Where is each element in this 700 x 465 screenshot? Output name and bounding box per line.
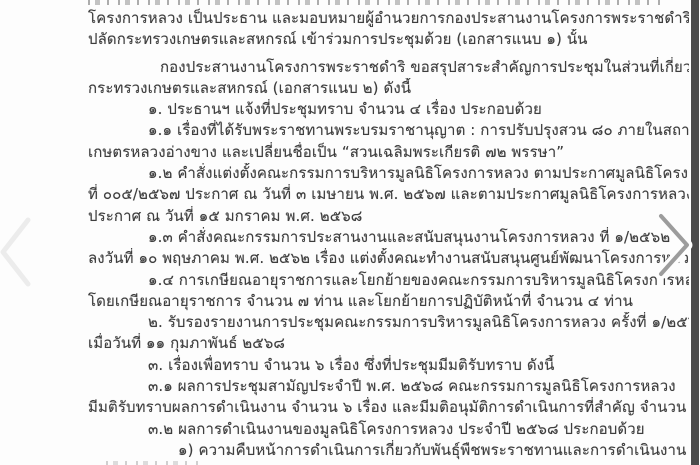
- document-line: ลงวันที่ ๑๐ พฤษภาคม พ.ศ. ๒๕๖๒ เรื่อง แต่…: [88, 248, 689, 269]
- document-line: ๑. ประธานฯ แจ้งที่ประชุมทราบ จำนวน ๔ เรื…: [88, 99, 689, 120]
- document-text-block: โครงการหลวง เป็นประธาน และมอบหมายผู้อำนว…: [88, 8, 689, 461]
- clipped-text-remnant-bottom: [106, 461, 201, 465]
- chevron-left-icon: [3, 220, 28, 284]
- document-line: ๓.๒ ผลการดำเนินงานของมูลนิธิโครงการหลวง …: [88, 419, 689, 440]
- document-line: ๑) ความคืบหน้าการดำเนินการเกี่ยวกับพันธุ…: [88, 440, 689, 461]
- next-page-button[interactable]: [652, 210, 698, 280]
- document-line: กองประสานงานโครงการพระราชดำริ ขอสรุปสาระ…: [88, 57, 689, 78]
- document-line: โดยเกษียณอายุราชการ จำนวน ๗ ท่าน และโยกย…: [88, 291, 689, 312]
- document-line: โครงการหลวง เป็นประธาน และมอบหมายผู้อำนว…: [88, 8, 689, 29]
- document-line: ๓. เรื่องเพื่อทราบ จำนวน ๖ เรื่อง ซึ่งที…: [88, 355, 689, 376]
- document-line: ที่ ๐๐๕/๒๕๖๗ ประกาศ ณ วันที่ ๓ เมษายน พ.…: [88, 184, 689, 205]
- document-line: ๓.๑ ผลการประชุมสามัญประจำปี พ.ศ. ๒๕๖๘ คณ…: [88, 376, 689, 397]
- document-line: ๒. รับรองรายงานการประชุมคณะกรรมการบริหาร…: [88, 312, 689, 333]
- document-line: ๑.๑ เรื่องที่ได้รับพระราชทานพระบรมราชานุ…: [88, 120, 689, 141]
- document-line: กระทรวงเกษตรและสหกรณ์ (เอกสารแนบ ๒) ดังน…: [88, 78, 689, 99]
- document-line: ๑.๒ คำสั่งแต่งตั้งคณะกรรมการบริหารมูลนิธ…: [88, 163, 689, 184]
- document-line: เกษตรหลวงอ่างขาง และเปลี่ยนชื่อเป็น “สวน…: [88, 142, 689, 163]
- document-line: มีมติรับทราบผลการดำเนินงาน จำนวน ๖ เรื่อ…: [88, 397, 689, 418]
- chevron-right-halo: [661, 216, 687, 274]
- document-line: ๑.๓ คำสั่งคณะกรรมการประสานงานและสนับสนุน…: [88, 227, 689, 248]
- document-viewer: โครงการหลวง เป็นประธาน และมอบหมายผู้อำนว…: [0, 0, 700, 465]
- document-line: ๑.๔ การเกษียณอายุราชการและโยกย้ายของคณะก…: [88, 270, 689, 291]
- document-line: ปลัดกระทรวงเกษตรและสหกรณ์ เข้าร่วมการประ…: [88, 29, 689, 50]
- document-line: ประกาศ ณ วันที่ ๑๕ มกราคม พ.ศ. ๒๕๖๘: [88, 206, 689, 227]
- document-line: เมื่อวันที่ ๑๑ กุมภาพันธ์ ๒๕๖๘: [88, 333, 689, 354]
- clipped-text-remnant-top: [88, 0, 663, 5]
- previous-page-button[interactable]: [0, 214, 40, 290]
